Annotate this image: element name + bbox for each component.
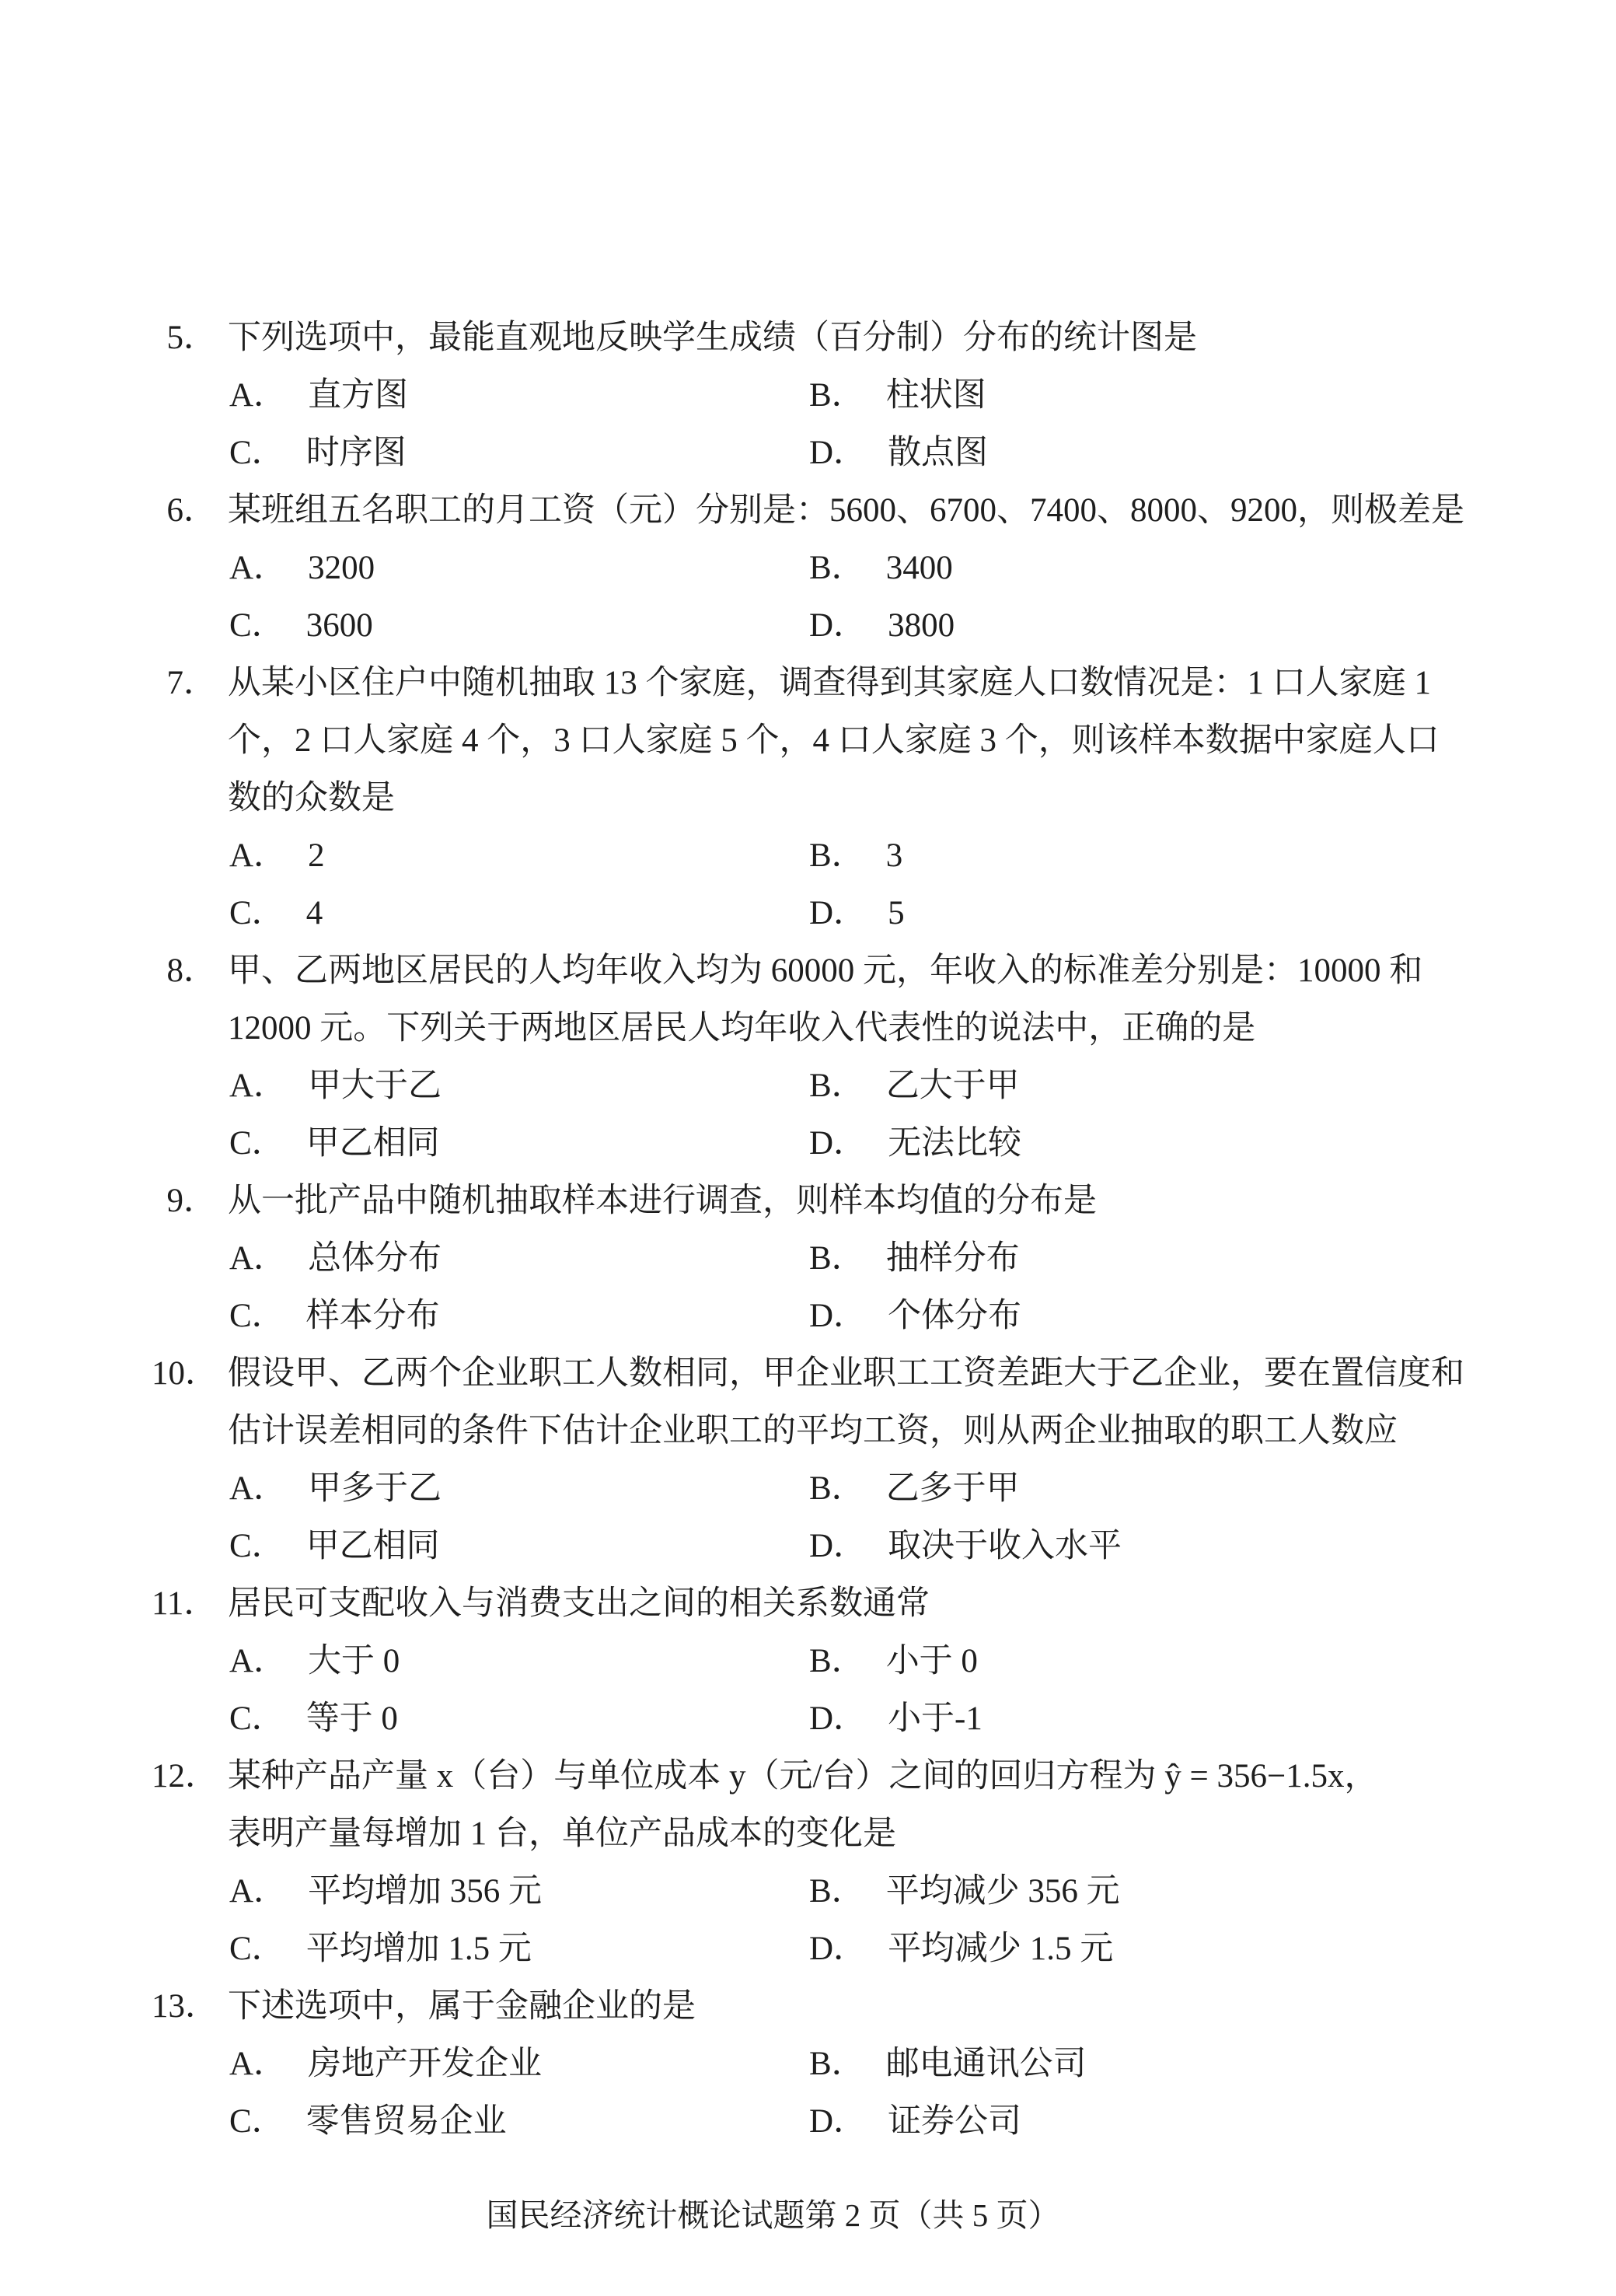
question-first-line: 9．从一批产品中随机抽取样本进行调查，则样本均值的分布是 bbox=[0, 1172, 1616, 1230]
question-item: 12．某种产品产量 x（台）与单位成本 y（元/台）之间的回归方程为 ŷ = 3… bbox=[0, 1748, 1616, 1978]
option-label: D． bbox=[809, 1920, 867, 1978]
option-label: C． bbox=[229, 885, 285, 942]
option-item: A．平均增加 356 元 bbox=[229, 1863, 809, 1920]
option-text: 无法比较 bbox=[888, 1125, 1021, 1162]
option-item: D．3800 bbox=[809, 597, 955, 655]
option-label: A． bbox=[229, 1633, 287, 1690]
option-row: A．2B．3 bbox=[0, 827, 1616, 885]
option-label: B． bbox=[809, 1460, 865, 1518]
option-label: D． bbox=[809, 2093, 867, 2151]
option-item: A．房地产开发企业 bbox=[229, 2036, 809, 2093]
option-text: 4 bbox=[306, 895, 323, 931]
option-label: A． bbox=[229, 1230, 287, 1288]
option-text: 小于-1 bbox=[888, 1700, 983, 1737]
option-text: 3 bbox=[886, 837, 903, 874]
question-text-line: 某班组五名职工的月工资（元）分别是：5600、6700、7400、8000、92… bbox=[228, 492, 1464, 529]
question-text-line: 表明产量每增加 1 台，单位产品成本的变化是 bbox=[0, 1805, 1616, 1863]
option-text: 平均增加 356 元 bbox=[308, 1873, 542, 1910]
option-label: A． bbox=[229, 827, 287, 885]
question-number: 9． bbox=[152, 1172, 217, 1230]
option-item: B．邮电通讯公司 bbox=[809, 2036, 1087, 2093]
option-text: 甲多于乙 bbox=[308, 1470, 442, 1507]
option-label: C． bbox=[229, 1288, 285, 1345]
question-item: 10．假设甲、乙两个企业职工人数相同，甲企业职工工资差距大于乙企业，要在置信度和… bbox=[0, 1345, 1616, 1575]
option-item: C．4 bbox=[229, 885, 809, 942]
option-row: A．平均增加 356 元B．平均减少 356 元 bbox=[0, 1863, 1616, 1920]
question-text-line: 数的众数是 bbox=[0, 770, 1616, 827]
question-first-line: 11．居民可支配收入与消费支出之间的相关系数通常 bbox=[0, 1575, 1616, 1633]
question-item: 7．从某小区住户中随机抽取 13 个家庭，调查得到其家庭人口数情况是：1 口人家… bbox=[0, 655, 1616, 942]
question-item: 5．下列选项中，最能直观地反映学生成绩（百分制）分布的统计图是A．直方图B．柱状… bbox=[0, 309, 1616, 482]
option-text: 乙大于甲 bbox=[886, 1068, 1020, 1104]
option-label: C． bbox=[229, 1518, 285, 1575]
question-text-line: 下述选项中，属于金融企业的是 bbox=[228, 1988, 696, 2025]
option-text: 3800 bbox=[888, 607, 955, 644]
option-row: A．总体分布B．抽样分布 bbox=[0, 1230, 1616, 1288]
question-item: 6．某班组五名职工的月工资（元）分别是：5600、6700、7400、8000、… bbox=[0, 482, 1616, 655]
option-item: D．平均减少 1.5 元 bbox=[809, 1920, 1113, 1978]
option-item: A．3200 bbox=[229, 540, 809, 597]
option-label: B． bbox=[809, 1633, 865, 1690]
option-item: B．乙大于甲 bbox=[809, 1057, 1020, 1115]
option-label: D． bbox=[809, 1115, 867, 1172]
option-item: D．散点图 bbox=[809, 425, 988, 482]
option-text: 抽样分布 bbox=[886, 1240, 1020, 1277]
option-label: C． bbox=[229, 597, 285, 655]
option-label: C． bbox=[229, 1920, 285, 1978]
option-item: A．甲大于乙 bbox=[229, 1057, 809, 1115]
option-row: A．甲大于乙B．乙大于甲 bbox=[0, 1057, 1616, 1115]
option-item: D．取决于收入水平 bbox=[809, 1518, 1122, 1575]
option-text: 3400 bbox=[886, 550, 953, 586]
option-text: 样本分布 bbox=[306, 1298, 440, 1334]
question-item: 9．从一批产品中随机抽取样本进行调查，则样本均值的分布是A．总体分布B．抽样分布… bbox=[0, 1172, 1616, 1345]
option-label: B． bbox=[809, 1863, 865, 1920]
exam-page: 5．下列选项中，最能直观地反映学生成绩（百分制）分布的统计图是A．直方图B．柱状… bbox=[0, 0, 1616, 2296]
option-text: 零售贸易企业 bbox=[306, 2103, 507, 2140]
option-item: A．甲多于乙 bbox=[229, 1460, 809, 1518]
option-item: C．等于 0 bbox=[229, 1690, 809, 1748]
option-label: C． bbox=[229, 1690, 285, 1748]
option-label: C． bbox=[229, 1115, 285, 1172]
option-item: C．平均增加 1.5 元 bbox=[229, 1920, 809, 1978]
option-item: D．个体分布 bbox=[809, 1288, 1021, 1345]
option-text: 时序图 bbox=[306, 435, 407, 471]
option-item: B．平均减少 356 元 bbox=[809, 1863, 1120, 1920]
questions: 5．下列选项中，最能直观地反映学生成绩（百分制）分布的统计图是A．直方图B．柱状… bbox=[0, 309, 1616, 2151]
option-text: 平均减少 1.5 元 bbox=[888, 1931, 1113, 1967]
option-text: 个体分布 bbox=[888, 1298, 1021, 1334]
option-row: C．4D．5 bbox=[0, 885, 1616, 942]
question-first-line: 12．某种产品产量 x（台）与单位成本 y（元/台）之间的回归方程为 ŷ = 3… bbox=[0, 1748, 1616, 1805]
option-label: B． bbox=[809, 2036, 865, 2093]
option-row: C．样本分布D．个体分布 bbox=[0, 1288, 1616, 1345]
option-text: 甲乙相同 bbox=[306, 1125, 440, 1162]
option-item: C．甲乙相同 bbox=[229, 1115, 809, 1172]
option-row: A．大于 0B．小于 0 bbox=[0, 1633, 1616, 1690]
question-number: 11． bbox=[152, 1575, 217, 1633]
option-row: A．直方图B．柱状图 bbox=[0, 367, 1616, 425]
question-text-line: 个，2 口人家庭 4 个，3 口人家庭 5 个，4 口人家庭 3 个，则该样本数… bbox=[0, 712, 1616, 770]
question-number: 5． bbox=[152, 309, 217, 367]
question-number: 10． bbox=[152, 1345, 217, 1403]
option-text: 等于 0 bbox=[306, 1700, 398, 1737]
option-label: A． bbox=[229, 367, 287, 425]
option-label: D． bbox=[809, 885, 867, 942]
option-row: C．甲乙相同D．取决于收入水平 bbox=[0, 1518, 1616, 1575]
option-text: 取决于收入水平 bbox=[888, 1528, 1122, 1564]
question-first-line: 7．从某小区住户中随机抽取 13 个家庭，调查得到其家庭人口数情况是：1 口人家… bbox=[0, 655, 1616, 712]
question-text-line: 假设甲、乙两个企业职工人数相同，甲企业职工工资差距大于乙企业，要在置信度和 bbox=[228, 1355, 1464, 1392]
option-item: A．总体分布 bbox=[229, 1230, 809, 1288]
option-row: A．甲多于乙B．乙多于甲 bbox=[0, 1460, 1616, 1518]
option-label: A． bbox=[229, 1057, 287, 1115]
option-row: C．零售贸易企业D．证券公司 bbox=[0, 2093, 1616, 2151]
option-label: B． bbox=[809, 540, 865, 597]
option-item: A．2 bbox=[229, 827, 809, 885]
option-text: 5 bbox=[888, 895, 905, 931]
option-label: A． bbox=[229, 2036, 287, 2093]
option-text: 甲乙相同 bbox=[306, 1528, 440, 1564]
option-item: D．证券公司 bbox=[809, 2093, 1021, 2151]
option-label: D． bbox=[809, 425, 867, 482]
option-row: C．等于 0D．小于-1 bbox=[0, 1690, 1616, 1748]
question-text-line: 下列选项中，最能直观地反映学生成绩（百分制）分布的统计图是 bbox=[228, 320, 1197, 356]
option-item: A．直方图 bbox=[229, 367, 809, 425]
question-number: 13． bbox=[152, 1978, 217, 2036]
question-text-line: 12000 元。下列关于两地区居民人均年收入代表性的说法中，正确的是 bbox=[0, 1000, 1616, 1057]
option-item: B．3 bbox=[809, 827, 902, 885]
option-row: A．房地产开发企业B．邮电通讯公司 bbox=[0, 2036, 1616, 2093]
option-item: D．无法比较 bbox=[809, 1115, 1021, 1172]
option-item: B．柱状图 bbox=[809, 367, 986, 425]
option-row: A．3200B．3400 bbox=[0, 540, 1616, 597]
option-text: 3600 bbox=[306, 607, 373, 644]
question-first-line: 5．下列选项中，最能直观地反映学生成绩（百分制）分布的统计图是 bbox=[0, 309, 1616, 367]
question-text-line: 甲、乙两地区居民的人均年收入均为 60000 元，年收入的标准差分别是：1000… bbox=[228, 952, 1422, 989]
option-text: 房地产开发企业 bbox=[308, 2046, 542, 2082]
question-text-line: 某种产品产量 x（台）与单位成本 y（元/台）之间的回归方程为 ŷ = 356−… bbox=[228, 1758, 1377, 1795]
option-text: 2 bbox=[308, 837, 325, 874]
question-text-line: 从某小区住户中随机抽取 13 个家庭，调查得到其家庭人口数情况是：1 口人家庭 … bbox=[228, 665, 1431, 701]
question-first-line: 8．甲、乙两地区居民的人均年收入均为 60000 元，年收入的标准差分别是：10… bbox=[0, 942, 1616, 1000]
option-item: D．5 bbox=[809, 885, 905, 942]
option-row: C．3600D．3800 bbox=[0, 597, 1616, 655]
option-item: C．样本分布 bbox=[229, 1288, 809, 1345]
option-text: 乙多于甲 bbox=[886, 1470, 1020, 1507]
option-label: C． bbox=[229, 2093, 285, 2151]
option-text: 大于 0 bbox=[308, 1643, 400, 1679]
question-text-line: 从一批产品中随机抽取样本进行调查，则样本均值的分布是 bbox=[228, 1183, 1097, 1219]
option-label: D． bbox=[809, 1288, 867, 1345]
option-text: 小于 0 bbox=[886, 1643, 978, 1679]
option-text: 直方图 bbox=[308, 377, 408, 414]
question-item: 13．下述选项中，属于金融企业的是A．房地产开发企业B．邮电通讯公司C．零售贸易… bbox=[0, 1978, 1616, 2151]
option-label: A． bbox=[229, 1460, 287, 1518]
option-text: 平均减少 356 元 bbox=[886, 1873, 1120, 1910]
option-item: B．乙多于甲 bbox=[809, 1460, 1020, 1518]
question-first-line: 10．假设甲、乙两个企业职工人数相同，甲企业职工工资差距大于乙企业，要在置信度和 bbox=[0, 1345, 1616, 1403]
page-footer: 国民经济统计概论试题第 2 页（共 5 页） bbox=[0, 2186, 1581, 2244]
option-label: B． bbox=[809, 1057, 865, 1115]
question-first-line: 6．某班组五名职工的月工资（元）分别是：5600、6700、7400、8000、… bbox=[0, 482, 1616, 540]
option-label: C． bbox=[229, 425, 285, 482]
option-item: C．零售贸易企业 bbox=[229, 2093, 809, 2151]
option-text: 总体分布 bbox=[308, 1240, 442, 1277]
option-item: C．3600 bbox=[229, 597, 809, 655]
question-number: 6． bbox=[152, 482, 217, 540]
option-item: A．大于 0 bbox=[229, 1633, 809, 1690]
question-text-line: 居民可支配收入与消费支出之间的相关系数通常 bbox=[228, 1585, 930, 1622]
option-label: A． bbox=[229, 540, 287, 597]
option-row: C．甲乙相同D．无法比较 bbox=[0, 1115, 1616, 1172]
question-item: 8．甲、乙两地区居民的人均年收入均为 60000 元，年收入的标准差分别是：10… bbox=[0, 942, 1616, 1172]
question-number: 12． bbox=[152, 1748, 217, 1805]
option-label: A． bbox=[229, 1863, 287, 1920]
option-item: D．小于-1 bbox=[809, 1690, 983, 1748]
option-item: B．小于 0 bbox=[809, 1633, 978, 1690]
option-item: C．甲乙相同 bbox=[229, 1518, 809, 1575]
option-text: 柱状图 bbox=[886, 377, 986, 414]
option-label: B． bbox=[809, 827, 865, 885]
question-first-line: 13．下述选项中，属于金融企业的是 bbox=[0, 1978, 1616, 2036]
option-text: 甲大于乙 bbox=[308, 1068, 442, 1104]
option-row: C．时序图D．散点图 bbox=[0, 425, 1616, 482]
option-row: C．平均增加 1.5 元D．平均减少 1.5 元 bbox=[0, 1920, 1616, 1978]
option-item: B．抽样分布 bbox=[809, 1230, 1020, 1288]
option-text: 证券公司 bbox=[888, 2103, 1021, 2140]
option-text: 散点图 bbox=[888, 435, 988, 471]
question-number: 8． bbox=[152, 942, 217, 1000]
option-text: 邮电通讯公司 bbox=[886, 2046, 1087, 2082]
question-number: 7． bbox=[152, 655, 217, 712]
question-text-line: 估计误差相同的条件下估计企业职工的平均工资，则从两企业抽取的职工人数应 bbox=[0, 1403, 1616, 1460]
option-label: D． bbox=[809, 597, 867, 655]
option-item: C．时序图 bbox=[229, 425, 809, 482]
option-label: D． bbox=[809, 1518, 867, 1575]
option-label: B． bbox=[809, 1230, 865, 1288]
option-label: B． bbox=[809, 367, 865, 425]
option-text: 3200 bbox=[308, 550, 375, 586]
option-item: B．3400 bbox=[809, 540, 953, 597]
option-text: 平均增加 1.5 元 bbox=[306, 1931, 532, 1967]
option-label: D． bbox=[809, 1690, 867, 1748]
question-item: 11．居民可支配收入与消费支出之间的相关系数通常A．大于 0B．小于 0C．等于… bbox=[0, 1575, 1616, 1748]
